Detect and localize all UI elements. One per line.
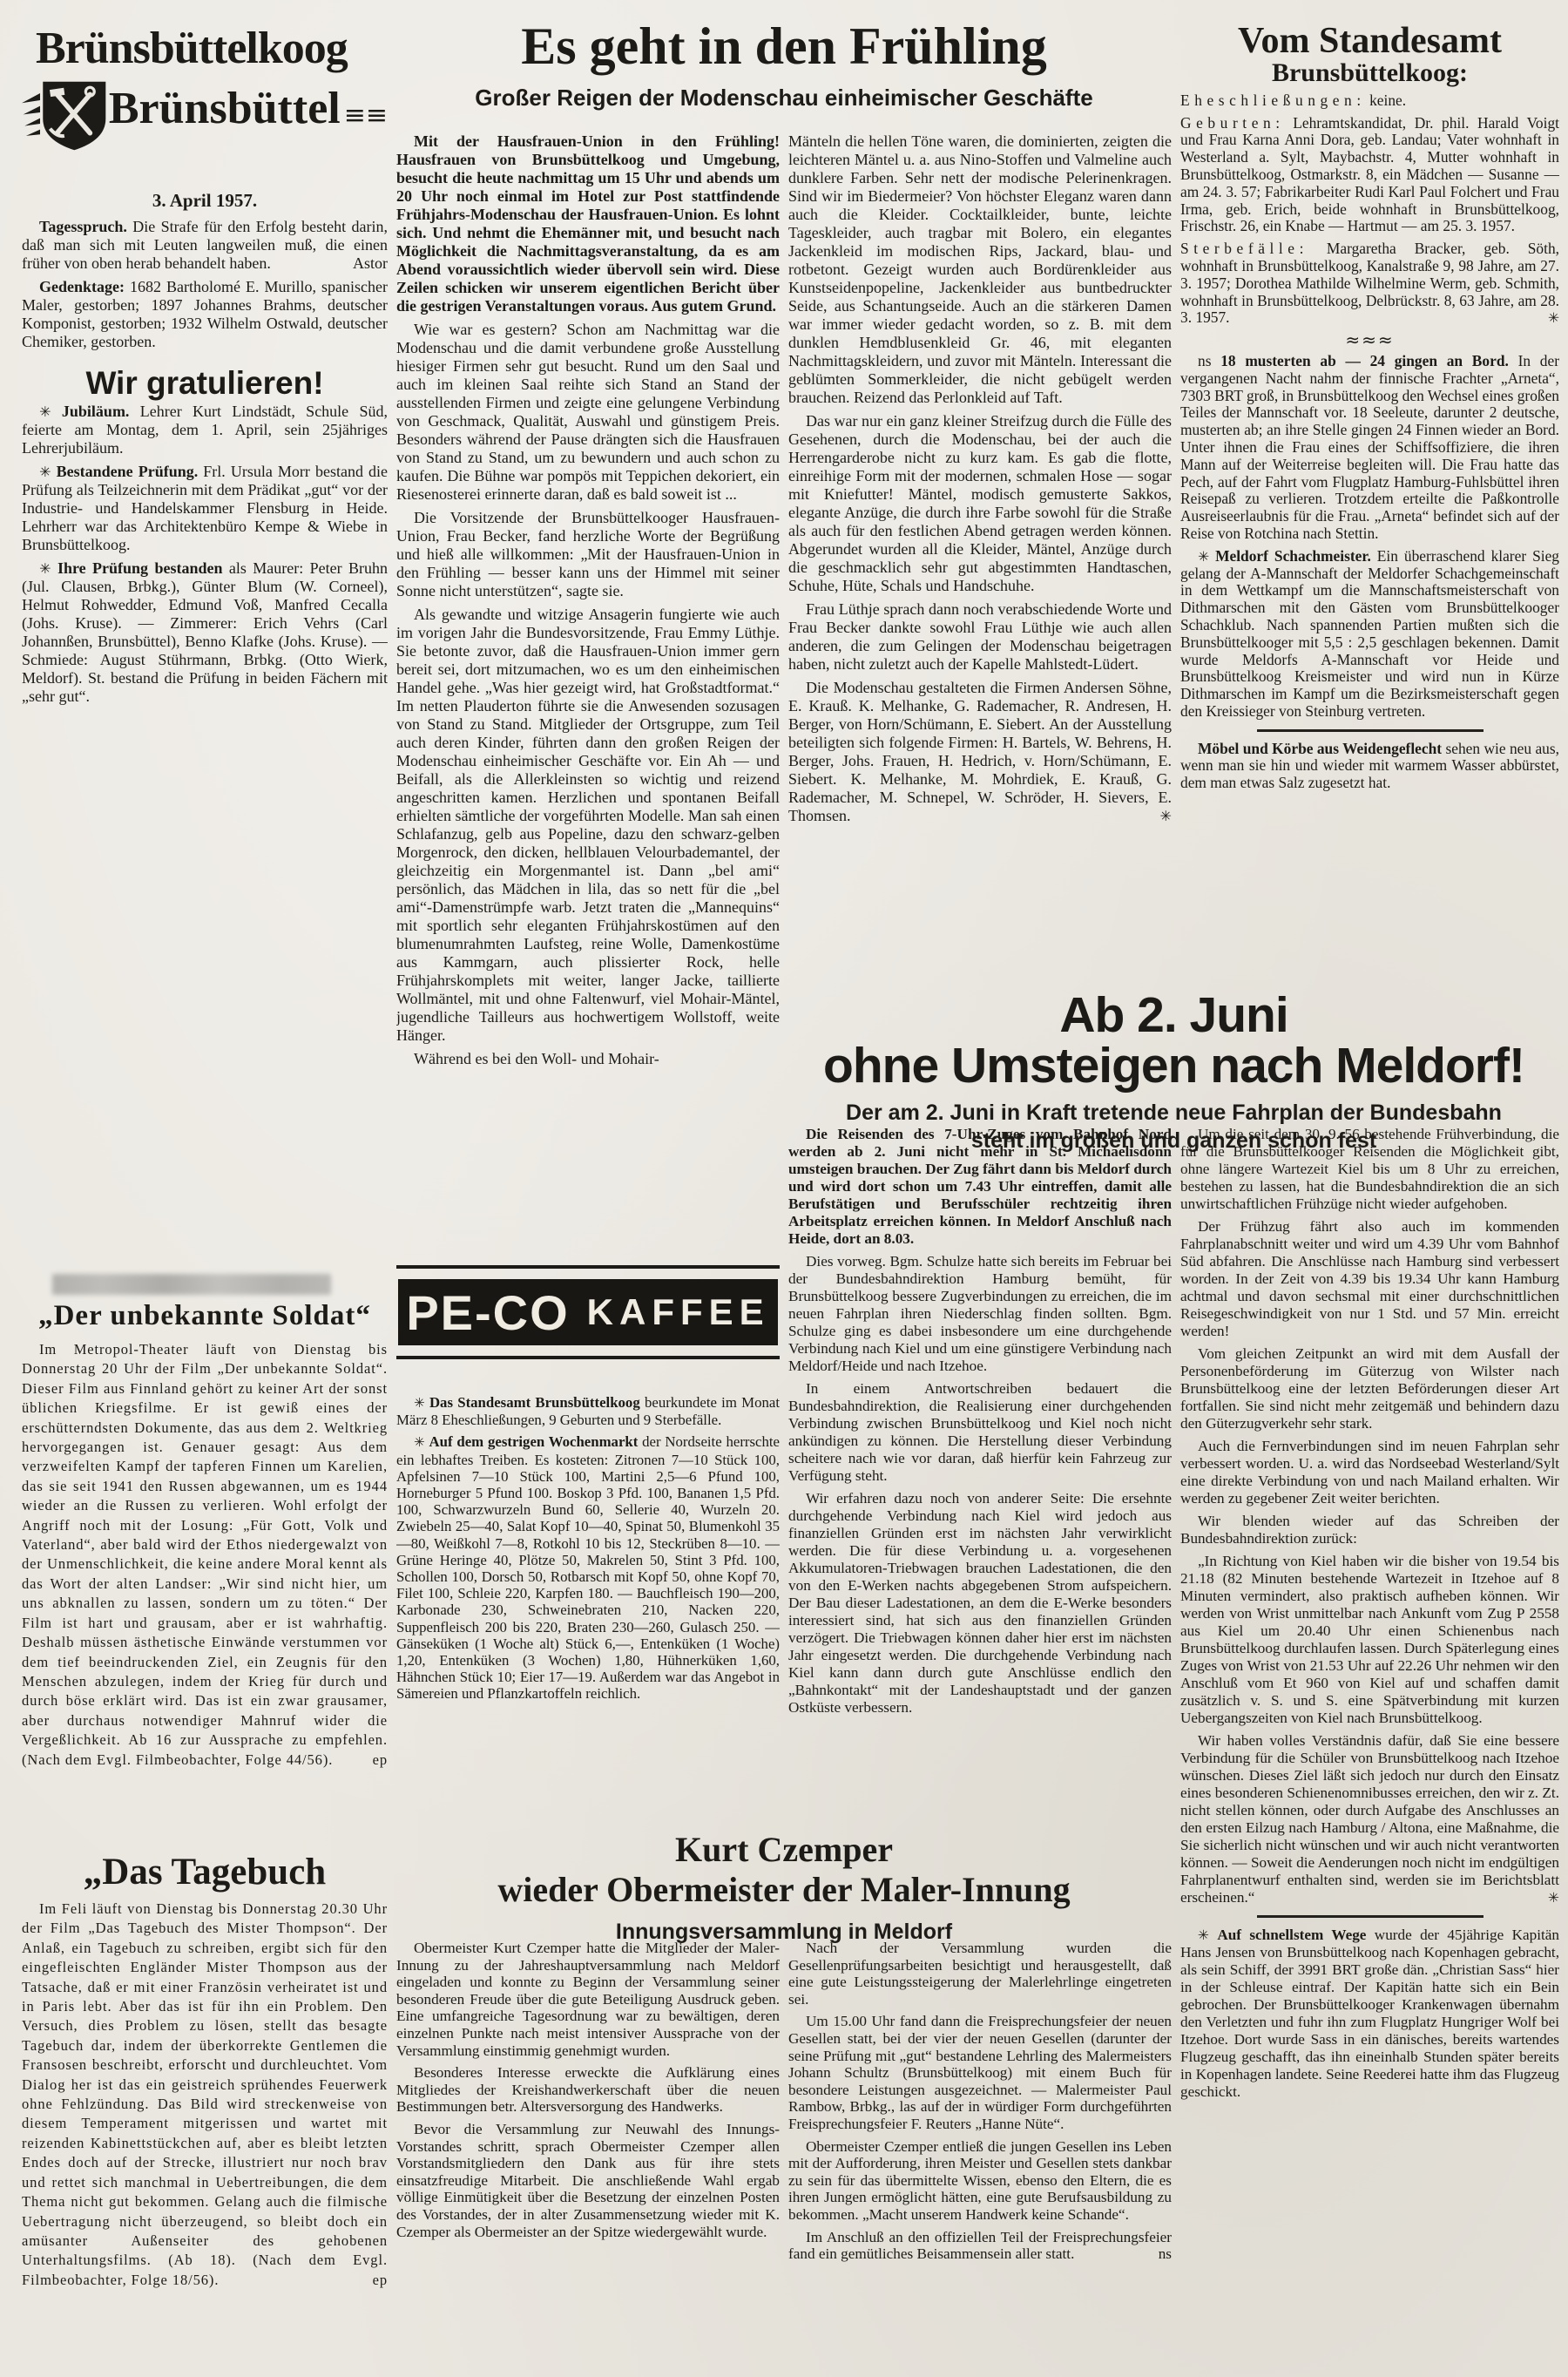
czemper-col-b: Nach der Versammlung wurden die Gesellen… [788,1940,1172,2372]
modenschau-subhead: Großer Reigen der Modenschau einheimisch… [396,85,1172,112]
sterbefaelle-label: Sterbefälle: [1180,240,1308,257]
note-standesamt-maerz: ✳ Das Standesamt Brunsbüttelkoog beurkun… [396,1394,780,1428]
gedenktage-label: Gedenktage: [39,278,125,295]
standesamt-subhead: Brunsbüttelkoog: [1180,64,1559,82]
masthead-title-line2: Brünsbüttel [109,83,341,134]
star-ornament-icon: ✳ [414,1395,425,1411]
note-moebel-tip: Möbel und Körbe aus Weidengeflecht sehen… [1180,741,1559,792]
star-ornament-icon: ✳ [1198,1927,1209,1943]
article-end-star-icon: ✳ [1548,309,1559,327]
wochenmarkt-label: Auf dem gestrigen Wochenmarkt [429,1433,639,1450]
fahrplan-headline-line2: ohne Umsteigen nach Meldorf! [788,1040,1559,1091]
czemper-headline-line2: wieder Obermeister der Maler-Innung [396,1870,1172,1910]
czemper-col-a: Obermeister Kurt Czemper hatte die Mitgl… [396,1940,780,2372]
modenschau-col-a: Mit der Hausfrauen-Union in den Frühling… [396,132,780,1262]
masthead-flourish: ≡≡ [344,100,388,131]
newspaper-page: Brünsbüttelkoog Brünsbüttel ≡≡ 3. [0,0,1568,2377]
abmusterung-label: 18 musterten ab — 24 gingen an Bord. [1220,352,1509,369]
tagesspruch-label: Tagesspruch. [39,218,127,235]
modenschau-intro: Mit der Hausfrauen-Union in den Frühling… [396,132,780,315]
maurer-text: als Maurer: Peter Bruhn (Jul. Clausen, B… [22,559,388,705]
standesamt-column: Vom Standesamt Brunsbüttelkoog: Eheschli… [1180,23,1559,986]
wave-divider: ≈≈≈ [1180,332,1559,349]
film2-headline: „Das Tagebuch [22,1851,388,1893]
abmusterung-text: In der vergangenen Nacht nahm der finnis… [1180,352,1559,542]
film2-paragraph: Im Feli läuft von Dienstag bis Donnersta… [22,1900,388,2290]
fahrplan-intro: Die Reisenden des 7-Uhr-Zuges vom Bahnho… [788,1126,1172,1248]
film1-body: Im Metropol-Theater läuft von Dienstag b… [22,1340,388,1851]
film1-headline: „Der unbekannte Soldat“ [22,1300,388,1332]
pruefung-label: Bestandene Prüfung. [57,463,199,480]
czemper-paragraph: Um 15.00 Uhr fand dann die Freisprechung… [788,2013,1172,2132]
czemper-headline-line1: Kurt Czemper [396,1830,1172,1870]
peco-brand-logo: PE-CO [406,1284,569,1341]
czemper-paragraph: Nach der Versammlung wurden die Gesellen… [788,1940,1172,2008]
czemper-paragraph: Bevor die Versammlung zur Neuwahl des In… [396,2121,780,2240]
fahrplan-subhead-line1: Der am 2. Juni in Kraft tretende neue Fa… [788,1100,1559,1127]
peco-ad-box: PE-CO KAFFEE [398,1279,778,1345]
fahrplan-paragraph: Der Frühzug fährt also auch im kommenden… [1180,1218,1559,1340]
standesamt-headline: Vom Standesamt [1180,23,1559,59]
article-end-star-icon: ✳ [1142,807,1172,825]
masthead: Brünsbüttelkoog Brünsbüttel ≡≡ [22,23,388,161]
film1-signature: ep [355,1751,388,1770]
tagesspruch: Tagesspruch. Die Strafe für den Erfolg b… [22,218,388,273]
note-kapitaen: ✳ Auf schnellstem Wege wurde der 45jähri… [1180,1927,1559,2101]
kapitaen-label: Auf schnellstem Wege [1217,1927,1366,1943]
masthead-title-line1: Brünsbüttelkoog [22,23,388,74]
eheschliessungen: Eheschließungen: keine. [1180,92,1559,110]
modenschau-paragraph-partial: Während es bei den Woll- und Mohair- [396,1050,780,1068]
kapitaen-text: wurde der 45jährige Kapitän Hans Jensen … [1180,1927,1559,2100]
peco-advertisement: PE-CO KAFFEE [396,1265,780,1359]
moebel-tip-label: Möbel und Körbe aus Weidengeflecht [1198,740,1442,757]
star-ornament-icon: ✳ [39,403,51,420]
czemper-closing-text: Im Anschluß an den offiziellen Teil der … [788,2229,1172,2263]
fahrplan-col-b: Um die seit dem 30. 9. 56 bestehende Frü… [1180,1126,1559,2375]
section-divider-rule [1257,729,1484,732]
geburten: Geburten: Lehramtskandidat, Dr. phil. Ha… [1180,115,1559,236]
sterbefaelle: Sterbefälle: Margaretha Bracker, geb. Sö… [1180,240,1559,327]
czemper-paragraph: Besonderes Interesse erweckte die Aufklä… [396,2064,780,2116]
eheschliessungen-text: keine. [1369,91,1406,109]
modenschau-paragraph: Die Vorsitzende der Brunsbüttelkooger Ha… [396,509,780,600]
note-schachmeister: ✳ Meldorf Schachmeister. Ein überraschen… [1180,548,1559,721]
star-ornament-icon: ✳ [39,464,51,480]
left-column-top: Tagesspruch. Die Strafe für den Erfolg b… [22,218,388,775]
note-pruefung: ✳ Bestandene Prüfung. Frl. Ursula Morr b… [22,463,388,554]
peco-product-label: KAFFEE [587,1291,770,1333]
gedenktage: Gedenktage: 1682 Bartholomé E. Murillo, … [22,278,388,351]
note-jubilaeum: ✳ Jubiläum. Lehrer Kurt Lindstädt, Schul… [22,403,388,457]
gratulieren-heading: Wir gratulieren! [22,374,388,392]
modenschau-headline-block: Es geht in den Frühling Großer Reigen de… [396,19,1172,112]
fahrplan-quote-text: Wir haben volles Verständnis dafür, daß … [1180,1732,1559,1906]
modenschau-col-b: Mänteln die hellen Töne waren, die domin… [788,132,1172,1009]
fahrplan-paragraph: Wir erfahren dazu noch von anderer Seite… [788,1490,1172,1717]
czemper-headline-block: Kurt Czemper wieder Obermeister der Male… [396,1830,1172,1946]
note-maurer: ✳ Ihre Prüfung bestanden als Maurer: Pet… [22,559,388,706]
czemper-paragraph: Obermeister Czemper entließ die jungen G… [788,2138,1172,2224]
modenschau-paragraph: Das war nur ein ganz kleiner Streifzug d… [788,412,1172,595]
fahrplan-paragraph: Um die seit dem 30. 9. 56 bestehende Frü… [1180,1126,1559,1213]
czemper-paragraph: Obermeister Kurt Czemper hatte die Mitgl… [396,1940,780,2059]
schachmeister-label: Meldorf Schachmeister. [1215,547,1371,565]
eheschliessungen-label: Eheschließungen: [1180,91,1366,109]
fahrplan-quote-paragraph: „In Richtung von Kiel haben wir die bish… [1180,1553,1559,1727]
wochenmarkt-text: der Nordseite herrschte ein lebhaftes Tr… [396,1433,780,1702]
fahrplan-paragraph: Dies vorweg. Bgm. Schulze hatte sich ber… [788,1253,1172,1375]
geburten-text: Lehramtskandidat, Dr. phil. Harald Voigt… [1180,114,1559,235]
ad-rule-top [396,1265,780,1269]
modenschau-paragraph: Wie war es gestern? Schon am Nachmittag … [396,321,780,504]
modenschau-headline: Es geht in den Frühling [396,19,1172,74]
fahrplan-headline-line1: Ab 2. Juni [788,990,1559,1040]
film1-paragraph: Im Metropol-Theater läuft von Dienstag b… [22,1340,388,1770]
czemper-signature: ns [1141,2245,1172,2263]
tagesspruch-byline: Astor [335,254,388,273]
modenschau-firms-text: Die Modenschau gestalteten die Firmen An… [788,679,1172,824]
star-ornament-icon: ✳ [414,1434,425,1450]
local-notes-column: ✳ Das Standesamt Brunsbüttelkoog beurkun… [396,1394,780,1818]
fahrplan-col-a: Die Reisenden des 7-Uhr-Zuges vom Bahnho… [788,1126,1172,1814]
modenschau-paragraph: Als gewandte und witzige Ansagerin fungi… [396,606,780,1045]
modenschau-firms-paragraph: Die Modenschau gestalteten die Firmen An… [788,679,1172,825]
correspondent-prefix: ns [1198,352,1211,369]
dateline: 3. April 1957. [22,190,388,212]
jubilaeum-label: Jubiläum. [62,403,130,420]
maurer-label: Ihre Prüfung bestanden [57,559,223,577]
geburten-label: Geburten: [1180,114,1285,132]
schachmeister-text: Ein überraschend klarer Sieg gelang der … [1180,547,1559,720]
section-divider-rule [1257,1915,1484,1918]
modenschau-paragraph: Frau Lüthje sprach dann noch verabschied… [788,600,1172,674]
star-ornament-icon: ✳ [1198,548,1209,565]
star-ornament-icon: ✳ [39,560,51,577]
note-abmusterung: ns 18 musterten ab — 24 gingen an Bord. … [1180,353,1559,543]
czemper-closing-paragraph: Im Anschluß an den offiziellen Teil der … [788,2229,1172,2263]
note-wochenmarkt: ✳ Auf dem gestrigen Wochenmarkt der Nord… [396,1433,780,1702]
article-end-star-icon: ✳ [1531,1889,1559,1906]
ad-rule-bottom [396,1356,780,1359]
fahrplan-paragraph: Vom gleichen Zeitpunkt an wird mit dem A… [1180,1345,1559,1432]
film2-body: Im Feli läuft von Dienstag bis Donnersta… [22,1900,388,2372]
film2-text: Im Feli läuft von Dienstag bis Donnersta… [22,1900,388,2288]
fahrplan-paragraph: In einem Antwortschreiben bedauert die B… [788,1380,1172,1485]
modenschau-continuation: Mänteln die hellen Töne waren, die domin… [788,132,1172,407]
brunsbuettel-crest-icon [40,71,109,161]
standesamt-maerz-label: Das Standesamt Brunsbüttelkoog [429,1394,640,1411]
ink-smudge [52,1274,331,1295]
fahrplan-quote-paragraph: Wir haben volles Verständnis dafür, daß … [1180,1732,1559,1906]
fahrplan-paragraph: Wir blenden wieder auf das Schreiben der… [1180,1513,1559,1547]
film2-signature: ep [355,2271,388,2290]
film1-text: Im Metropol-Theater läuft von Dienstag b… [22,1341,388,1768]
pennant-icon [22,83,40,149]
fahrplan-paragraph: Auch die Fernverbindungen sind im neuen … [1180,1438,1559,1507]
